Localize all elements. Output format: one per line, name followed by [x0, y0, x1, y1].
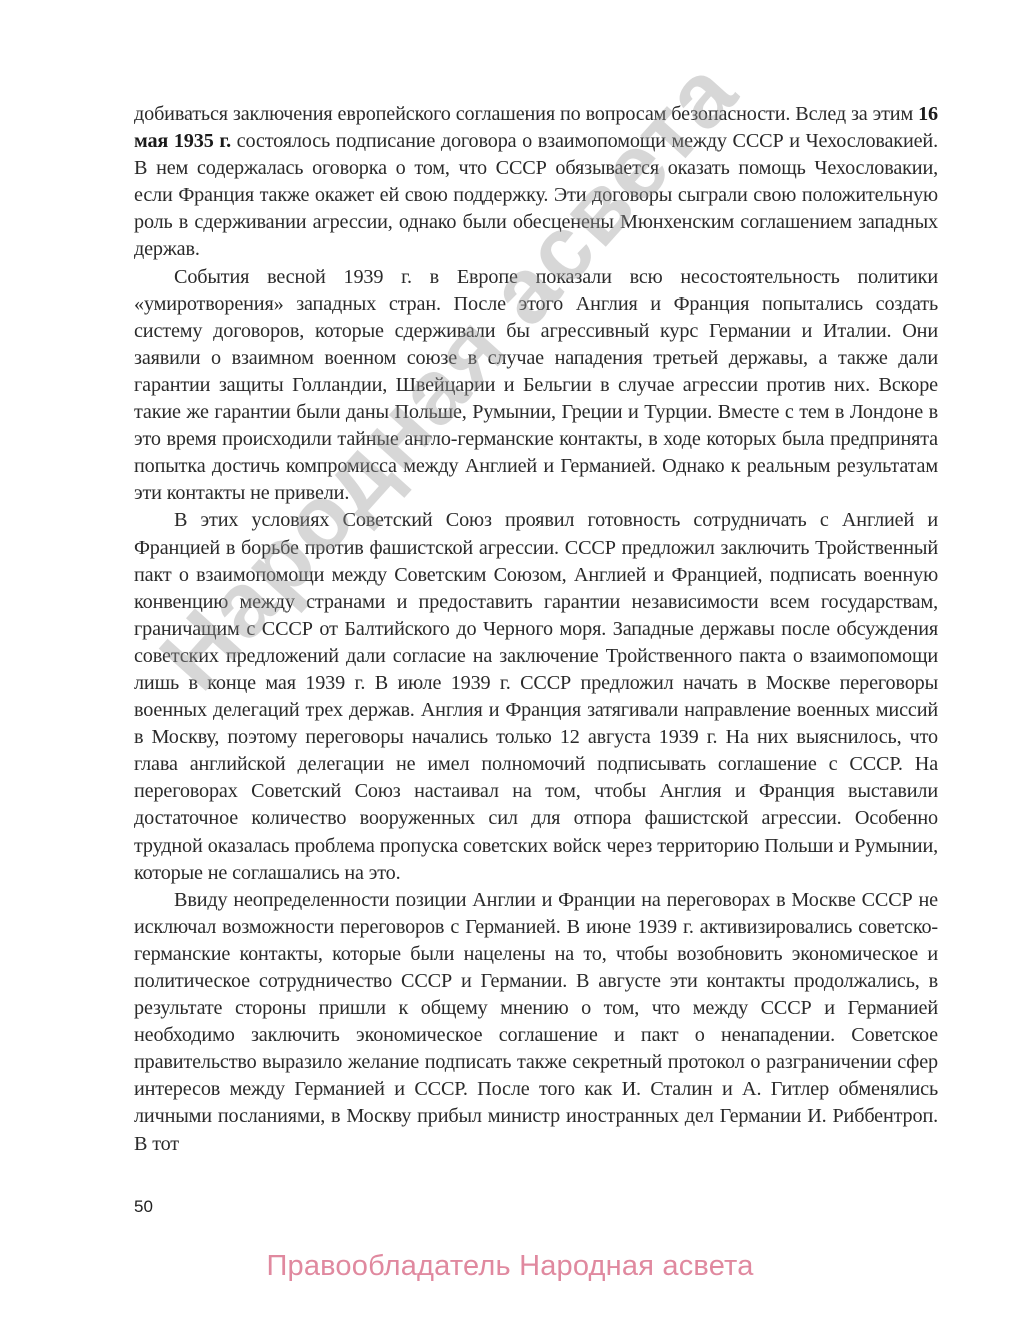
- page-number: 50: [134, 1197, 153, 1217]
- paragraph: добиваться заключения европейского согла…: [134, 101, 938, 264]
- text-run: состоялось подписание договора о взаимоп…: [134, 130, 938, 260]
- text-run: добиваться заключения европейского согла…: [134, 103, 918, 125]
- paragraph: Ввиду неопределенности позиции Англии и …: [134, 887, 938, 1158]
- paragraph: События весной 1939 г. в Европе показали…: [134, 264, 938, 508]
- text-run: События весной 1939 г. в Европе показали…: [134, 266, 938, 505]
- text-run: В этих условиях Советский Союз проявил г…: [134, 509, 938, 883]
- body-text: добиваться заключения европейского согла…: [134, 101, 938, 1158]
- rights-holder-notice: Правообладатель Народная асвета: [0, 1250, 1020, 1283]
- document-page: добиваться заключения европейского согла…: [0, 0, 1020, 1329]
- text-run: Ввиду неопределенности позиции Англии и …: [134, 889, 938, 1155]
- paragraph: В этих условиях Советский Союз проявил г…: [134, 507, 938, 886]
